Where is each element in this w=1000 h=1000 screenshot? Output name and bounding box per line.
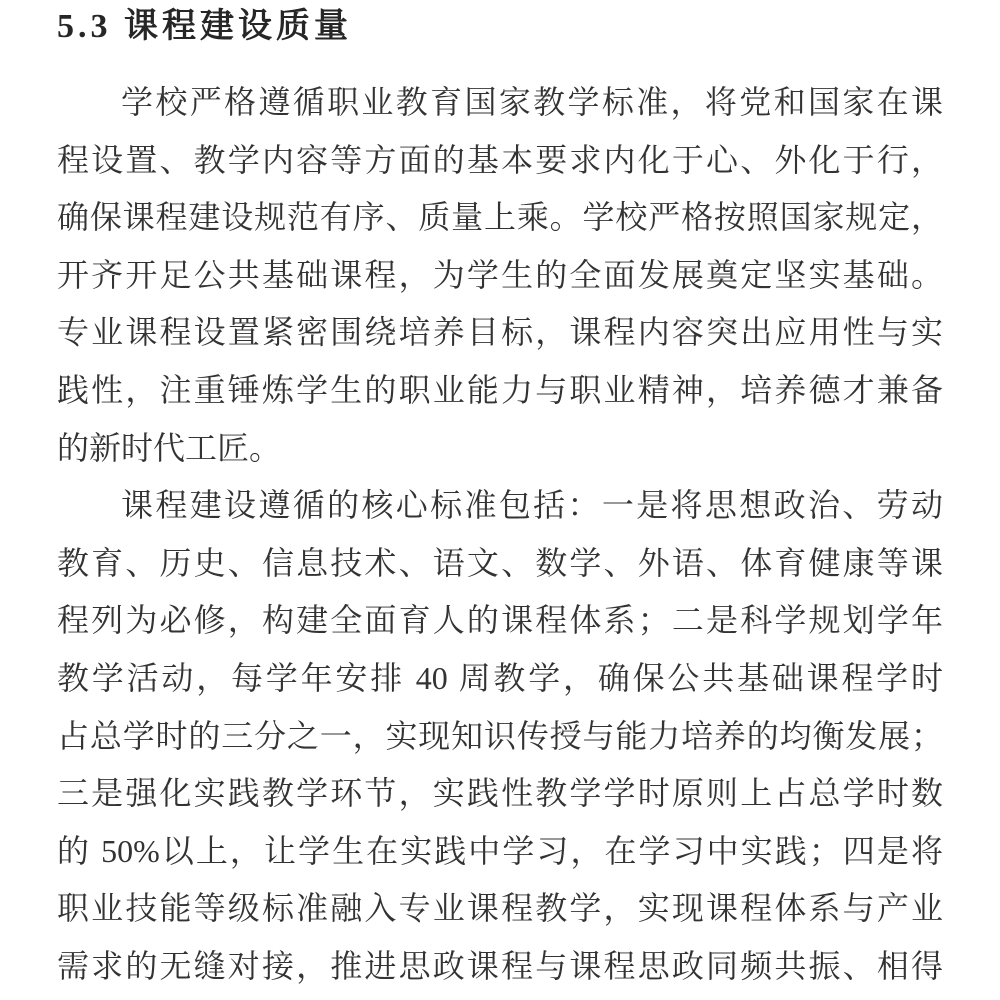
text-line: 确保课程建设规范有序、质量上乘。学校严格按照国家规定， [57, 189, 943, 247]
text-line: 践性，注重锤炼学生的职业能力与职业精神，培养德才兼备 [57, 362, 943, 420]
text-line: 占总学时的三分之一，实现知识传授与能力培养的均衡发展； [57, 708, 943, 766]
paragraph-1: 学校严格遵循职业教育国家教学标准，将党和国家在课 程设置、教学内容等方面的基本要… [57, 74, 943, 477]
text-line: 程列为必修，构建全面育人的课程体系；二是科学规划学年 [57, 592, 943, 650]
paragraph-2: 课程建设遵循的核心标准包括：一是将思想政治、劳动 教育、历史、信息技术、语文、数… [57, 477, 943, 995]
text-line: 教育、历史、信息技术、语文、数学、外语、体育健康等课 [57, 535, 943, 593]
text-line: 需求的无缝对接，推进思政课程与课程思政同频共振、相得 [57, 938, 943, 996]
section-heading: 5.3 课程建设质量 [57, 0, 943, 48]
text-line: 的 50%以上，让学生在实践中学习，在学习中实践；四是将 [57, 823, 943, 881]
text-line: 三是强化实践教学环节，实践性教学学时原则上占总学时数 [57, 765, 943, 823]
text-line: 课程建设遵循的核心标准包括：一是将思想政治、劳动 [57, 477, 943, 535]
text-line: 的新时代工匠。 [57, 420, 943, 478]
text-line: 职业技能等级标准融入专业课程教学，实现课程体系与产业 [57, 880, 943, 938]
text-line: 开齐开足公共基础课程，为学生的全面发展奠定坚实基础。 [57, 247, 943, 305]
text-line: 程设置、教学内容等方面的基本要求内化于心、外化于行， [57, 132, 943, 190]
document-page: 5.3 课程建设质量 学校严格遵循职业教育国家教学标准，将党和国家在课 程设置、… [57, 0, 943, 1000]
text-line: 学校严格遵循职业教育国家教学标准，将党和国家在课 [57, 74, 943, 132]
document-body: 学校严格遵循职业教育国家教学标准，将党和国家在课 程设置、教学内容等方面的基本要… [57, 74, 943, 996]
text-line: 教学活动，每学年安排 40 周教学，确保公共基础课程学时 [57, 650, 943, 708]
text-line: 专业课程设置紧密围绕培养目标，课程内容突出应用性与实 [57, 304, 943, 362]
